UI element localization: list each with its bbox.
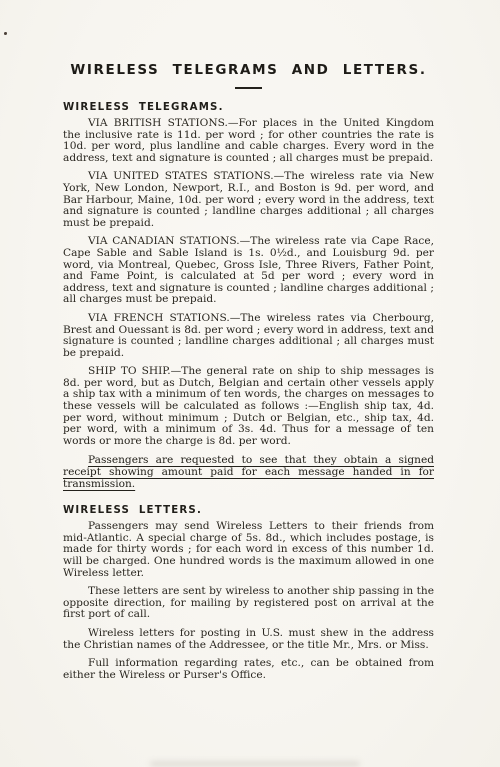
scan-shadow — [150, 761, 360, 767]
paragraph-full-information: Full information regarding rates, etc., … — [63, 658, 434, 681]
document-page: WIRELESS TELEGRAMS AND LETTERS. WIRELESS… — [0, 0, 500, 767]
ink-speck — [4, 32, 7, 35]
page-title: WIRELESS TELEGRAMS AND LETTERS. — [63, 62, 434, 78]
title-divider — [235, 87, 262, 89]
section-wireless-letters: WIRELESS LETTERS. Passengers may send Wi… — [63, 505, 434, 681]
paragraph-receipt-notice: Passengers are requested to see that the… — [63, 455, 434, 490]
paragraph-via-canadian-stations: VIA CANADIAN STATIONS.—The wireless rate… — [63, 236, 434, 306]
paragraph-ship-to-ship: SHIP TO SHIP.—The general rate on ship t… — [63, 366, 434, 447]
paragraph-via-french-stations: VIA FRENCH STATIONS.—The wireless rates … — [63, 313, 434, 359]
paragraph-wireless-letters-rates: Passengers may send Wireless Letters to … — [63, 521, 434, 579]
section-heading-wireless-telegrams: WIRELESS TELEGRAMS. — [63, 102, 434, 113]
paragraph-via-british-stations: VIA BRITISH STATIONS.—For places in the … — [63, 118, 434, 164]
section-heading-wireless-letters: WIRELESS LETTERS. — [63, 505, 434, 516]
paragraph-via-united-states-stations: VIA UNITED STATES STATIONS.—The wireless… — [63, 171, 434, 229]
paragraph-us-posting-requirements: Wireless letters for posting in U.S. mus… — [63, 628, 434, 651]
paragraph-letters-delivery: These letters are sent by wireless to an… — [63, 586, 434, 621]
section-wireless-telegrams: WIRELESS TELEGRAMS. VIA BRITISH STATIONS… — [63, 102, 434, 490]
